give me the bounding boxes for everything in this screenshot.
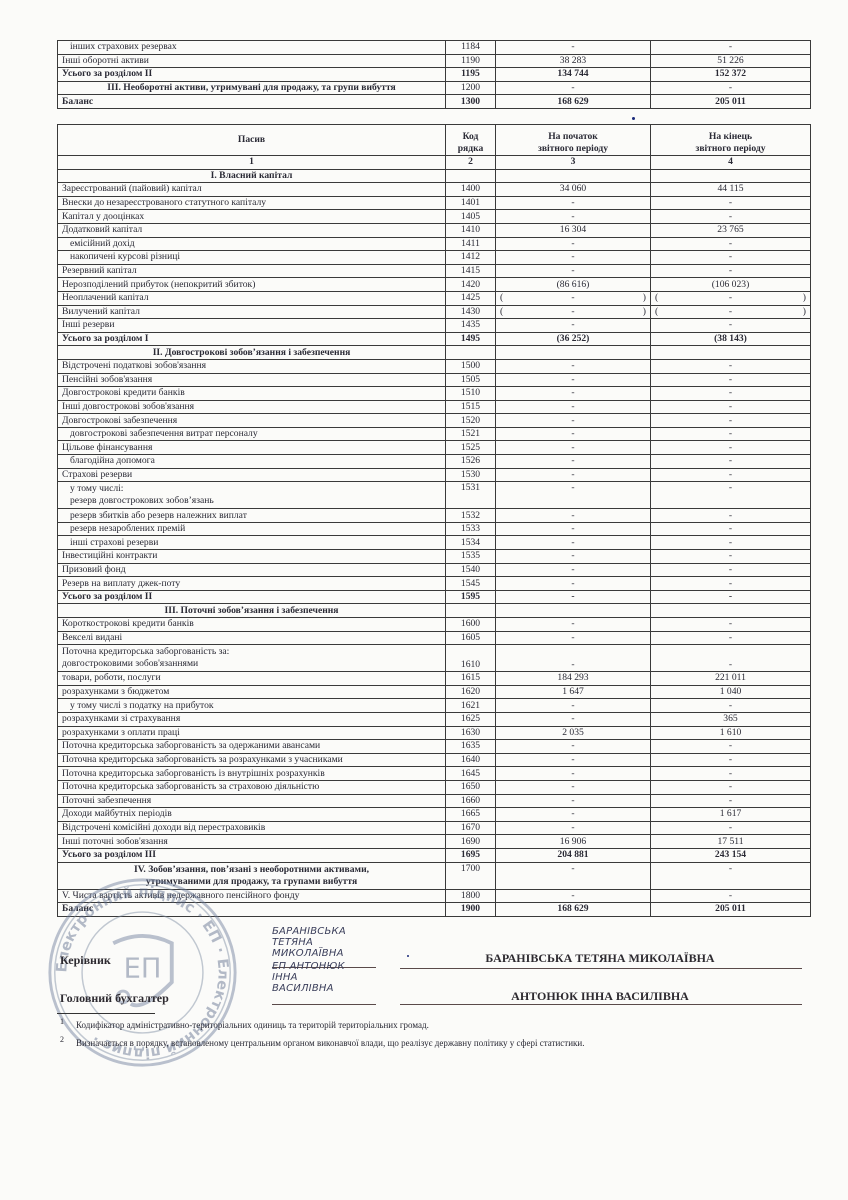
row-code: 1610 bbox=[446, 645, 496, 672]
value-start: - bbox=[496, 455, 651, 469]
table-row: Поточна кредиторська заборгованість за о… bbox=[58, 740, 811, 754]
row-code bbox=[446, 346, 496, 360]
value-start: - bbox=[496, 468, 651, 482]
table-row: Усього за розділом II1595-- bbox=[58, 590, 811, 604]
value-start: 1 647 bbox=[496, 685, 651, 699]
row-code bbox=[446, 604, 496, 618]
row-label: інші страхові резерви bbox=[58, 536, 446, 550]
table-row: накопичені курсові різниці1412-- bbox=[58, 251, 811, 265]
director-name: БАРАНІВСЬКА ТЕТЯНА МИКОЛАЇВНА bbox=[400, 951, 800, 966]
row-code bbox=[446, 169, 496, 183]
value-end: 1 040 bbox=[651, 685, 811, 699]
row-label: Поточні забезпечення bbox=[58, 794, 446, 808]
value-start: - bbox=[496, 753, 651, 767]
row-label: Інші оборотні активи bbox=[58, 54, 446, 68]
row-label: Довгострокові кредити банків bbox=[58, 387, 446, 401]
row-code: 1500 bbox=[446, 359, 496, 373]
value-start: - bbox=[496, 319, 651, 333]
value-end: 221 011 bbox=[651, 672, 811, 686]
value-end: - bbox=[651, 237, 811, 251]
value-start: 2 035 bbox=[496, 726, 651, 740]
value-end: - bbox=[651, 862, 811, 889]
value-start: - bbox=[496, 482, 651, 509]
value-start: - bbox=[496, 427, 651, 441]
value-end bbox=[651, 604, 811, 618]
value-end: - bbox=[651, 81, 811, 95]
value-start: 38 283 bbox=[496, 54, 651, 68]
value-start: - bbox=[496, 251, 651, 265]
row-code: 1520 bbox=[446, 414, 496, 428]
row-code: 1530 bbox=[446, 468, 496, 482]
row-label: Інвестиційні контракти bbox=[58, 550, 446, 564]
row-code: 1695 bbox=[446, 848, 496, 862]
value-start: 204 881 bbox=[496, 848, 651, 862]
table-row: Довгострокові забезпечення1520-- bbox=[58, 414, 811, 428]
value-start: 168 629 bbox=[496, 903, 651, 917]
header-period-end: На кінецьзвітного періоду bbox=[651, 125, 811, 156]
table-row: розрахунками з оплати праці16302 0351 61… bbox=[58, 726, 811, 740]
row-label: розрахунками з оплати праці bbox=[58, 726, 446, 740]
row-label: Додатковий капітал bbox=[58, 223, 446, 237]
row-code: 1505 bbox=[446, 373, 496, 387]
row-code: 1534 bbox=[446, 536, 496, 550]
value-start: - bbox=[496, 563, 651, 577]
section-header-row: III. Необоротні активи, утримувані для п… bbox=[58, 81, 811, 95]
value-start: - bbox=[496, 81, 651, 95]
row-label: Цільове фінансування bbox=[58, 441, 446, 455]
col-num-2: 2 bbox=[446, 156, 496, 170]
section-header-row: II. Довгострокові зобов’язання і забезпе… bbox=[58, 346, 811, 360]
value-start: - bbox=[496, 699, 651, 713]
row-label: емісійний дохід bbox=[58, 237, 446, 251]
row-label: Баланс bbox=[58, 95, 446, 109]
value-end: - bbox=[651, 41, 811, 55]
value-start: (-) bbox=[496, 305, 651, 319]
value-start: - bbox=[496, 550, 651, 564]
row-code: 1635 bbox=[446, 740, 496, 754]
row-label: Призовий фонд bbox=[58, 563, 446, 577]
value-end: 1 617 bbox=[651, 808, 811, 822]
value-end: - bbox=[651, 264, 811, 278]
section-header-row: I. Власний капітал bbox=[58, 169, 811, 183]
row-label: V. Чиста вартість активів недержавного п… bbox=[58, 889, 446, 903]
accountant-name: АНТОНЮК ІННА ВАСИЛІВНА bbox=[400, 989, 800, 1004]
value-end: - bbox=[651, 319, 811, 333]
row-code: 1660 bbox=[446, 794, 496, 808]
value-end: - bbox=[651, 196, 811, 210]
row-code: 1510 bbox=[446, 387, 496, 401]
table-row: Інші резерви1435-- bbox=[58, 319, 811, 333]
value-end: - bbox=[651, 563, 811, 577]
row-code: 1595 bbox=[446, 590, 496, 604]
row-code: 1545 bbox=[446, 577, 496, 591]
value-start: 168 629 bbox=[496, 95, 651, 109]
value-start: - bbox=[496, 522, 651, 536]
row-code: 1415 bbox=[446, 264, 496, 278]
value-start: (86 616) bbox=[496, 278, 651, 292]
row-label: товари, роботи, послуги bbox=[58, 672, 446, 686]
value-end bbox=[651, 169, 811, 183]
row-code: 1690 bbox=[446, 835, 496, 849]
value-end: - bbox=[651, 251, 811, 265]
table-row: Поточна кредиторська заборгованість із в… bbox=[58, 767, 811, 781]
value-start: - bbox=[496, 237, 651, 251]
row-code: 1420 bbox=[446, 278, 496, 292]
row-code: 1495 bbox=[446, 332, 496, 346]
footnote-divider bbox=[57, 1013, 155, 1014]
row-code: 1410 bbox=[446, 223, 496, 237]
value-start: - bbox=[496, 536, 651, 550]
director-label: Керівник bbox=[60, 953, 111, 968]
row-code: 1700 bbox=[446, 862, 496, 889]
row-label: III. Необоротні активи, утримувані для п… bbox=[58, 81, 446, 95]
row-code: 1540 bbox=[446, 563, 496, 577]
row-label: Капітал у дооцінках bbox=[58, 210, 446, 224]
row-code: 1600 bbox=[446, 618, 496, 632]
row-code: 1400 bbox=[446, 183, 496, 197]
row-label: Усього за розділом III bbox=[58, 848, 446, 862]
row-code: 1521 bbox=[446, 427, 496, 441]
value-end: - bbox=[651, 400, 811, 414]
row-code: 1195 bbox=[446, 68, 496, 82]
value-start: - bbox=[496, 862, 651, 889]
row-label: Поточна кредиторська заборгованість із в… bbox=[58, 767, 446, 781]
value-start: 184 293 bbox=[496, 672, 651, 686]
stamp-center-text: ЕП bbox=[124, 953, 162, 984]
value-start: - bbox=[496, 264, 651, 278]
value-end: - bbox=[651, 753, 811, 767]
row-label: Поточна кредиторська заборгованість за:д… bbox=[58, 645, 446, 672]
row-label: Векселі видані bbox=[58, 631, 446, 645]
value-end: 205 011 bbox=[651, 95, 811, 109]
table-row: Інвестиційні контракти1535-- bbox=[58, 550, 811, 564]
row-label: Нерозподілений прибуток (непокритий збит… bbox=[58, 278, 446, 292]
value-end: 17 511 bbox=[651, 835, 811, 849]
value-end: (-) bbox=[651, 291, 811, 305]
value-end: - bbox=[651, 645, 811, 672]
row-label: Внески до незареєстрованого статутного к… bbox=[58, 196, 446, 210]
value-end: - bbox=[651, 889, 811, 903]
table-row: Короткострокові кредити банків1600-- bbox=[58, 618, 811, 632]
value-start: - bbox=[496, 712, 651, 726]
assets-summary-table: інших страхових резервах1184--Інші оборо… bbox=[57, 40, 811, 109]
row-label: Відстрочені комісійні доходи від перестр… bbox=[58, 821, 446, 835]
row-code: 1435 bbox=[446, 319, 496, 333]
section-header-row: IV. Зобов’язання, пов’язані з необоротни… bbox=[58, 862, 811, 889]
value-start bbox=[496, 169, 651, 183]
row-label: II. Довгострокові зобов’язання і забезпе… bbox=[58, 346, 446, 360]
value-end: - bbox=[651, 482, 811, 509]
value-start: - bbox=[496, 780, 651, 794]
table-row: Довгострокові кредити банків1510-- bbox=[58, 387, 811, 401]
value-start bbox=[496, 346, 651, 360]
table-row: Поточна кредиторська заборгованість за:д… bbox=[58, 645, 811, 672]
table-row: довгострокові забезпечення витрат персон… bbox=[58, 427, 811, 441]
table-row: емісійний дохід1411-- bbox=[58, 237, 811, 251]
value-start: - bbox=[496, 196, 651, 210]
row-code: 1401 bbox=[446, 196, 496, 210]
row-code: 1670 bbox=[446, 821, 496, 835]
row-label: Зареєстрований (пайовий) капітал bbox=[58, 183, 446, 197]
value-start: - bbox=[496, 590, 651, 604]
row-label: резерв збитків або резерв належних випла… bbox=[58, 509, 446, 523]
value-end: 1 610 bbox=[651, 726, 811, 740]
row-label: Поточна кредиторська заборгованість за о… bbox=[58, 740, 446, 754]
row-code: 1535 bbox=[446, 550, 496, 564]
value-end: - bbox=[651, 210, 811, 224]
director-electronic-signature: БАРАНІВСЬКА ТЕТЯНА МИКОЛАЇВНА bbox=[272, 926, 346, 959]
value-start: - bbox=[496, 618, 651, 632]
table-row: Резервний капітал1415-- bbox=[58, 264, 811, 278]
value-start: - bbox=[496, 740, 651, 754]
row-code: 1430 bbox=[446, 305, 496, 319]
header-period-start: На початокзвітного періоду bbox=[496, 125, 651, 156]
table-row: резерв незароблених премій1533-- bbox=[58, 522, 811, 536]
row-label: благодійна допомога bbox=[58, 455, 446, 469]
table-row: Поточні забезпечення1660-- bbox=[58, 794, 811, 808]
value-start: - bbox=[496, 441, 651, 455]
value-end: - bbox=[651, 373, 811, 387]
value-start: - bbox=[496, 767, 651, 781]
value-start: - bbox=[496, 414, 651, 428]
row-label: розрахунками з бюджетом bbox=[58, 685, 446, 699]
value-start: (36 252) bbox=[496, 332, 651, 346]
value-end: (-) bbox=[651, 305, 811, 319]
value-end: 23 765 bbox=[651, 223, 811, 237]
value-end: - bbox=[651, 550, 811, 564]
table-row: розрахунками з бюджетом16201 6471 040 bbox=[58, 685, 811, 699]
value-end: - bbox=[651, 441, 811, 455]
value-start: 16 304 bbox=[496, 223, 651, 237]
table-row: Нерозподілений прибуток (непокритий збит… bbox=[58, 278, 811, 292]
value-end: - bbox=[651, 468, 811, 482]
table-row: Капітал у дооцінках1405-- bbox=[58, 210, 811, 224]
table-row: Поточна кредиторська заборгованість за р… bbox=[58, 753, 811, 767]
section-header-row: III. Поточні зобов’язання і забезпечення bbox=[58, 604, 811, 618]
value-end: (38 143) bbox=[651, 332, 811, 346]
table-row: Неоплачений капітал1425(-)(-) bbox=[58, 291, 811, 305]
row-label: Інші довгострокові зобов'язання bbox=[58, 400, 446, 414]
row-code: 1532 bbox=[446, 509, 496, 523]
row-label: Усього за розділом II bbox=[58, 68, 446, 82]
row-code: 1531 bbox=[446, 482, 496, 509]
scan-mark bbox=[632, 117, 635, 120]
row-label: Резерв на виплату джек-поту bbox=[58, 577, 446, 591]
value-start: - bbox=[496, 373, 651, 387]
row-label: Поточна кредиторська заборгованість за р… bbox=[58, 753, 446, 767]
row-code: 1525 bbox=[446, 441, 496, 455]
value-start: 34 060 bbox=[496, 183, 651, 197]
row-label: I. Власний капітал bbox=[58, 169, 446, 183]
value-end: - bbox=[651, 536, 811, 550]
value-end: 205 011 bbox=[651, 903, 811, 917]
table-header-row: Пасив Кодрядка На початокзвітного період… bbox=[58, 125, 811, 156]
table-row: Призовий фонд1540-- bbox=[58, 563, 811, 577]
row-label: Пенсійні зобов'язання bbox=[58, 373, 446, 387]
value-end: - bbox=[651, 590, 811, 604]
table-row: Доходи майбутніх періодів1665-1 617 bbox=[58, 808, 811, 822]
table-row: Зареєстрований (пайовий) капітал140034 0… bbox=[58, 183, 811, 197]
value-end: - bbox=[651, 821, 811, 835]
value-start: - bbox=[496, 577, 651, 591]
row-code: 1630 bbox=[446, 726, 496, 740]
row-label: Вилучений капітал bbox=[58, 305, 446, 319]
value-start: - bbox=[496, 210, 651, 224]
row-code: 1605 bbox=[446, 631, 496, 645]
row-code: 1650 bbox=[446, 780, 496, 794]
table-row: товари, роботи, послуги1615184 293221 01… bbox=[58, 672, 811, 686]
value-start: - bbox=[496, 645, 651, 672]
value-end: - bbox=[651, 577, 811, 591]
table-row: Інші оборотні активи119038 28351 226 bbox=[58, 54, 811, 68]
scan-mark bbox=[407, 955, 409, 957]
table-row: Внески до незареєстрованого статутного к… bbox=[58, 196, 811, 210]
row-label: Резервний капітал bbox=[58, 264, 446, 278]
value-start: - bbox=[496, 400, 651, 414]
row-code: 1621 bbox=[446, 699, 496, 713]
table-row: резерв збитків або резерв належних випла… bbox=[58, 509, 811, 523]
value-end: 243 154 bbox=[651, 848, 811, 862]
table-row: Цільове фінансування1525-- bbox=[58, 441, 811, 455]
accountant-signature-line bbox=[272, 1004, 376, 1005]
value-end: - bbox=[651, 618, 811, 632]
table-row: Відстрочені комісійні доходи від перестр… bbox=[58, 821, 811, 835]
table-row: у тому числі:резерв довгострокових зобов… bbox=[58, 482, 811, 509]
row-code: 1425 bbox=[446, 291, 496, 305]
director-name-line bbox=[400, 968, 802, 969]
row-code: 1200 bbox=[446, 81, 496, 95]
row-label: розрахунками зі страхування bbox=[58, 712, 446, 726]
table-row: V. Чиста вартість активів недержавного п… bbox=[58, 889, 811, 903]
row-code: 1533 bbox=[446, 522, 496, 536]
col-num-4: 4 bbox=[651, 156, 811, 170]
table-row: інші страхові резерви1534-- bbox=[58, 536, 811, 550]
accountant-electronic-signature: ЕП АНТОНЮК ІННА ВАСИЛІВНА bbox=[272, 961, 345, 994]
table-row: Баланс1300168 629205 011 bbox=[58, 95, 811, 109]
col-num-1: 1 bbox=[58, 156, 446, 170]
row-label: у тому числі:резерв довгострокових зобов… bbox=[58, 482, 446, 509]
table-row: Страхові резерви1530-- bbox=[58, 468, 811, 482]
table-row: Пенсійні зобов'язання1505-- bbox=[58, 373, 811, 387]
header-row-code: Кодрядка bbox=[446, 125, 496, 156]
table-row: Вилучений капітал1430(-)(-) bbox=[58, 305, 811, 319]
value-end: - bbox=[651, 740, 811, 754]
value-end: - bbox=[651, 794, 811, 808]
table-row: Резерв на виплату джек-поту1545-- bbox=[58, 577, 811, 591]
row-label: Усього за розділом II bbox=[58, 590, 446, 604]
value-end: (106 023) bbox=[651, 278, 811, 292]
row-code: 1526 bbox=[446, 455, 496, 469]
row-label: у тому числі з податку на прибуток bbox=[58, 699, 446, 713]
table-row: Інші поточні зобов'язання169016 90617 51… bbox=[58, 835, 811, 849]
value-end: 44 115 bbox=[651, 183, 811, 197]
row-code: 1900 bbox=[446, 903, 496, 917]
table-row: Усього за розділом I1495(36 252)(38 143) bbox=[58, 332, 811, 346]
row-label: Неоплачений капітал bbox=[58, 291, 446, 305]
value-end: - bbox=[651, 509, 811, 523]
table-row: розрахунками зі страхування1625-365 bbox=[58, 712, 811, 726]
value-end: - bbox=[651, 387, 811, 401]
row-code: 1665 bbox=[446, 808, 496, 822]
row-code: 1620 bbox=[446, 685, 496, 699]
value-end: - bbox=[651, 780, 811, 794]
value-end: - bbox=[651, 427, 811, 441]
value-end: - bbox=[651, 414, 811, 428]
liabilities-table: Пасив Кодрядка На початокзвітного період… bbox=[57, 124, 811, 917]
value-end: - bbox=[651, 455, 811, 469]
value-end: - bbox=[651, 699, 811, 713]
table-row: Баланс1900168 629205 011 bbox=[58, 903, 811, 917]
row-code: 1625 bbox=[446, 712, 496, 726]
value-start: - bbox=[496, 794, 651, 808]
row-code: 1640 bbox=[446, 753, 496, 767]
row-label: Довгострокові забезпечення bbox=[58, 414, 446, 428]
row-label: Відстрочені податкові зобов'язання bbox=[58, 359, 446, 373]
table-row: Усього за розділом III1695204 881243 154 bbox=[58, 848, 811, 862]
value-start: 16 906 bbox=[496, 835, 651, 849]
value-start: - bbox=[496, 41, 651, 55]
value-end: - bbox=[651, 522, 811, 536]
row-code: 1405 bbox=[446, 210, 496, 224]
value-end: 51 226 bbox=[651, 54, 811, 68]
row-label: III. Поточні зобов’язання і забезпечення bbox=[58, 604, 446, 618]
row-code: 1411 bbox=[446, 237, 496, 251]
row-label: довгострокові забезпечення витрат персон… bbox=[58, 427, 446, 441]
table-row: Інші довгострокові зобов'язання1515-- bbox=[58, 400, 811, 414]
row-code: 1515 bbox=[446, 400, 496, 414]
row-label: Інші резерви bbox=[58, 319, 446, 333]
row-label: IV. Зобов’язання, пов’язані з необоротни… bbox=[58, 862, 446, 889]
table-row: у тому числі з податку на прибуток1621-- bbox=[58, 699, 811, 713]
row-code: 1800 bbox=[446, 889, 496, 903]
footnote-1: 1Кодифікатор адміністративно-територіаль… bbox=[60, 1017, 429, 1030]
header-liabilities: Пасив bbox=[58, 125, 446, 156]
value-start: - bbox=[496, 387, 651, 401]
value-start: - bbox=[496, 889, 651, 903]
row-code: 1615 bbox=[446, 672, 496, 686]
accountant-label: Головний бухгалтер bbox=[60, 991, 169, 1006]
value-start: - bbox=[496, 509, 651, 523]
row-label: Короткострокові кредити банків bbox=[58, 618, 446, 632]
value-end: - bbox=[651, 767, 811, 781]
row-label: Усього за розділом I bbox=[58, 332, 446, 346]
row-label: інших страхових резервах bbox=[58, 41, 446, 55]
value-start: 134 744 bbox=[496, 68, 651, 82]
row-code: 1645 bbox=[446, 767, 496, 781]
row-code: 1412 bbox=[446, 251, 496, 265]
value-start bbox=[496, 604, 651, 618]
row-label: резерв незароблених премій bbox=[58, 522, 446, 536]
value-start: (-) bbox=[496, 291, 651, 305]
table-row: Усього за розділом II1195134 744152 372 bbox=[58, 68, 811, 82]
value-start: - bbox=[496, 631, 651, 645]
value-end: 365 bbox=[651, 712, 811, 726]
column-number-row: 1 2 3 4 bbox=[58, 156, 811, 170]
col-num-3: 3 bbox=[496, 156, 651, 170]
table-row: благодійна допомога1526-- bbox=[58, 455, 811, 469]
value-end: - bbox=[651, 631, 811, 645]
footnote-2: 2Визначається в порядку, встановленому ц… bbox=[60, 1035, 584, 1048]
row-code: 1300 bbox=[446, 95, 496, 109]
row-code: 1184 bbox=[446, 41, 496, 55]
value-start: - bbox=[496, 808, 651, 822]
accountant-name-line bbox=[400, 1004, 802, 1005]
value-start: - bbox=[496, 359, 651, 373]
value-end bbox=[651, 346, 811, 360]
row-label: Доходи майбутніх періодів bbox=[58, 808, 446, 822]
table-row: Векселі видані1605-- bbox=[58, 631, 811, 645]
value-start: - bbox=[496, 821, 651, 835]
